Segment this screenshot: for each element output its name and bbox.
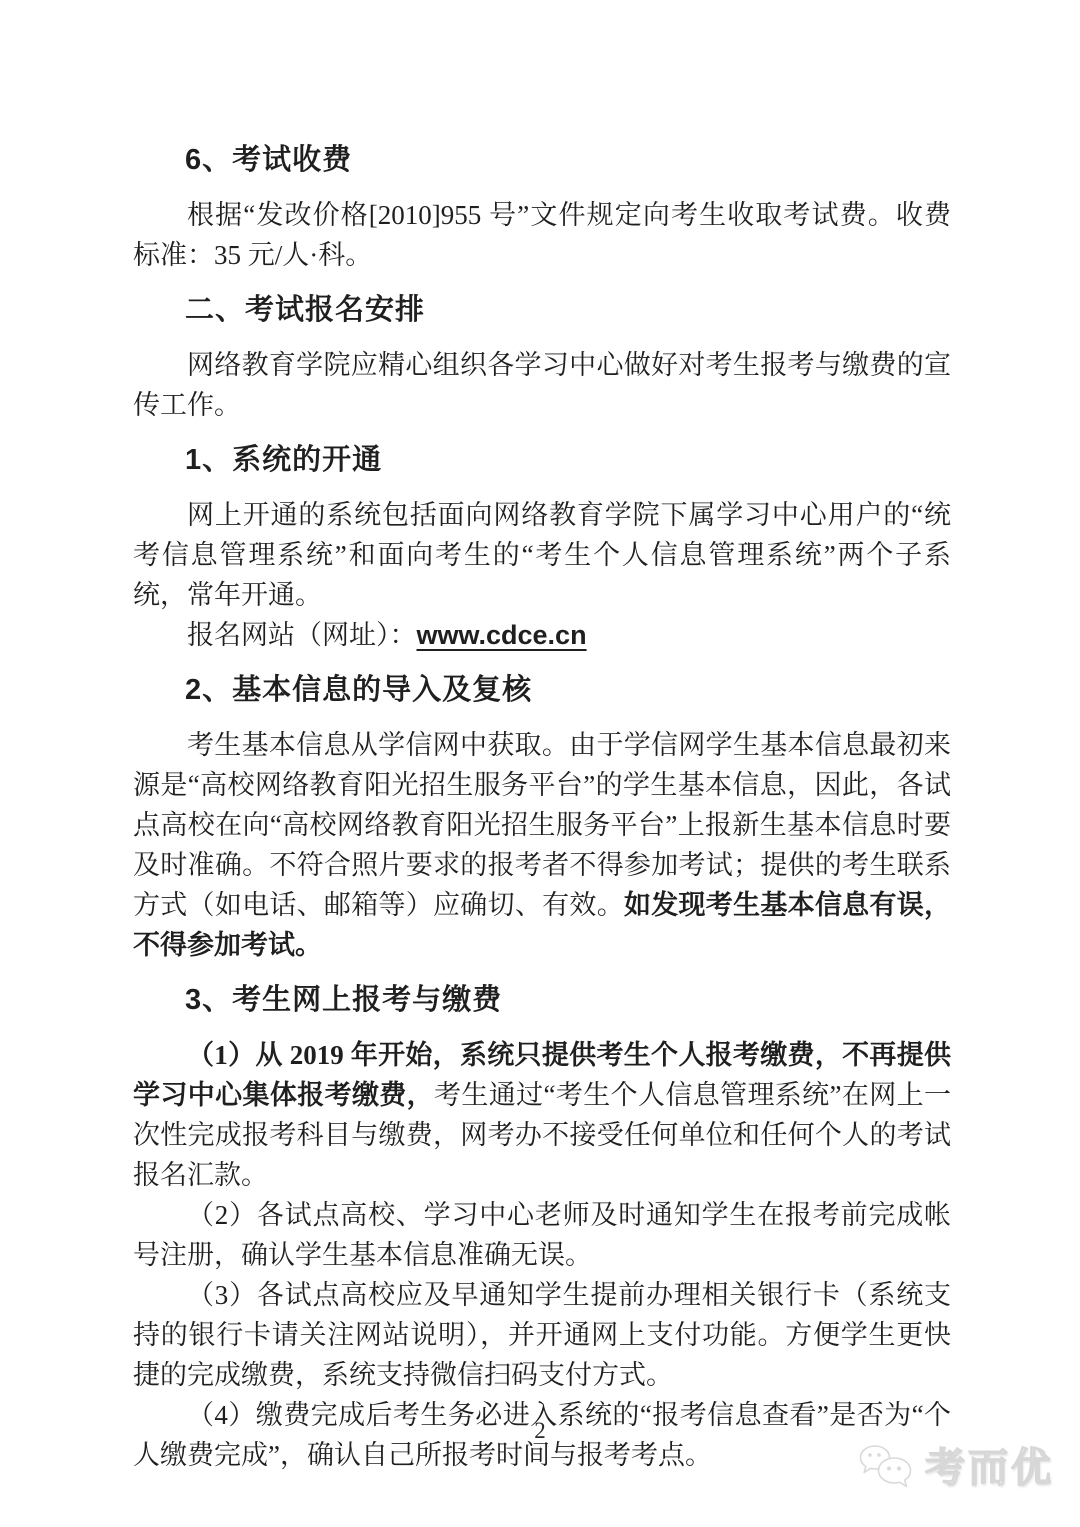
page-number: 2 xyxy=(0,1416,1080,1446)
heading-basic-info-review: 2、基本信息的导入及复核 xyxy=(133,670,951,710)
text-run: 根据“发改价格[2010]955 号”文件规定向考生收取考试费。收费标准：35 … xyxy=(133,200,951,270)
heading-system-opening: 1、系统的开通 xyxy=(133,440,951,480)
text-run: （3）各试点高校应及早通知学生提前办理相关银行卡（系统支持的银行卡请关注网站说明… xyxy=(133,1280,951,1390)
registration-website-label: 报名网站（网址）： xyxy=(187,620,417,650)
heading-registration-arrangement: 二、考试报名安排 xyxy=(133,290,951,330)
paragraph-exam-fee: 根据“发改价格[2010]955 号”文件规定向考生收取考试费。收费标准：35 … xyxy=(133,195,951,275)
paragraph-item-2: （2）各试点高校、学习中心老师及时通知学生在报考前完成帐号注册，确认学生基本信息… xyxy=(133,1195,951,1275)
document-page: 6、考试收费 根据“发改价格[2010]955 号”文件规定向考生收取考试费。收… xyxy=(0,0,1080,1527)
text-run: 网上开通的系统包括面向网络教育学院下属学习中心用户的“统考信息管理系统”和面向考… xyxy=(133,500,951,610)
paragraph-item-3: （3）各试点高校应及早通知学生提前办理相关银行卡（系统支持的银行卡请关注网站说明… xyxy=(133,1275,951,1395)
brand-name: 考而优 xyxy=(925,1444,1054,1492)
heading-exam-fee: 6、考试收费 xyxy=(133,140,951,180)
paragraph-system-overview: 网上开通的系统包括面向网络教育学院下属学习中心用户的“统考信息管理系统”和面向考… xyxy=(133,495,951,615)
document-content: 6、考试收费 根据“发改价格[2010]955 号”文件规定向考生收取考试费。收… xyxy=(133,125,951,1475)
registration-url-link[interactable]: www.cdce.cn xyxy=(417,620,587,650)
wechat-icon xyxy=(857,1443,915,1493)
paragraph-registration-promotion: 网络教育学院应精心组织各学习中心做好对考生报考与缴费的宣传工作。 xyxy=(133,345,951,425)
heading-online-registration-payment: 3、考生网上报考与缴费 xyxy=(133,980,951,1020)
paragraph-basic-info: 考生基本信息从学信网中获取。由于学信网学生基本信息最初来源是“高校网络教育阳光招… xyxy=(133,725,951,965)
brand-watermark: 考而优 xyxy=(857,1443,1054,1493)
text-run: （2）各试点高校、学习中心老师及时通知学生在报考前完成帐号注册，确认学生基本信息… xyxy=(133,1200,951,1270)
paragraph-item-1: （1）从 2019 年开始，系统只提供考生个人报考缴费，不再提供学习中心集体报考… xyxy=(133,1035,951,1195)
text-run: 网络教育学院应精心组织各学习中心做好对考生报考与缴费的宣传工作。 xyxy=(133,350,951,420)
paragraph-registration-website: 报名网站（网址）：www.cdce.cn xyxy=(133,615,951,655)
